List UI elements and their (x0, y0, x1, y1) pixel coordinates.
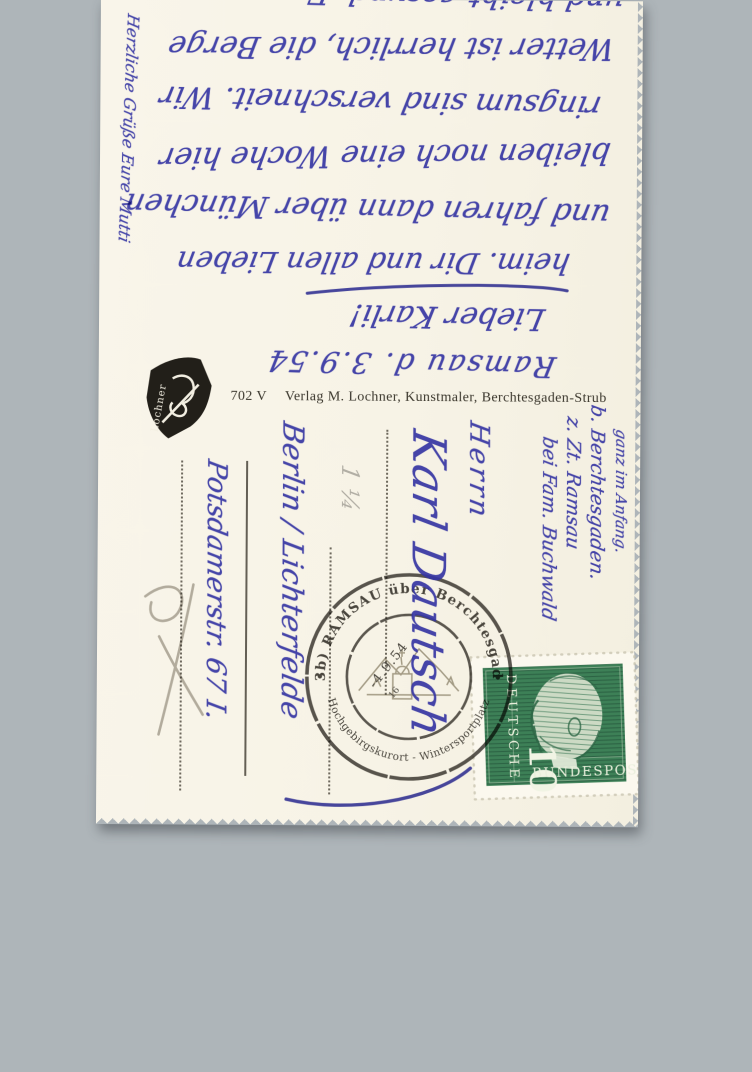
handwriting-address: Berlin / Lichterfelde (275, 419, 311, 722)
handwriting-address: Herrn (463, 419, 495, 522)
handwriting-message: Wetter ist herrlich, die Berge (156, 28, 627, 66)
handwriting-sender: ganz im Anfang. (612, 428, 631, 555)
handwriting-pencil-note: 1 ¼ (336, 463, 364, 514)
handwriting-sender: bei Fam. Buchwald (537, 435, 560, 623)
handwriting-address: Karl Dautsch (401, 426, 457, 740)
handwriting-message: ringsum sind verschneit. Wir (127, 78, 634, 125)
handwriting-address: Potsdamerstr. 67 I. (200, 457, 233, 723)
handwriting-sender: b. Berchtesgaden. (585, 403, 608, 582)
handwriting-message: und fahren dann über München (156, 187, 613, 232)
postcard-scan: 702 VVerlag M. Lochner, Kunstmaler, Berc… (0, 0, 752, 1072)
handwriting-message: und bleibt gesund. Eure (238, 0, 643, 18)
handwriting-dateline: Ramsau d. 3.9.54 (247, 343, 574, 384)
handwriting-layer: und bleibt gesund. EureWetter ist herrli… (96, 0, 643, 827)
handwriting-greeting: Lieber Karli! (324, 296, 571, 336)
postcard-back: 702 VVerlag M. Lochner, Kunstmaler, Berc… (96, 0, 643, 827)
handwriting-message: bleiben noch eine Woche hier (137, 135, 633, 176)
handwriting-message: heim. Dir und allen Lieben (261, 245, 572, 281)
handwriting-sender: z. Zt. Ramsau (562, 415, 585, 551)
